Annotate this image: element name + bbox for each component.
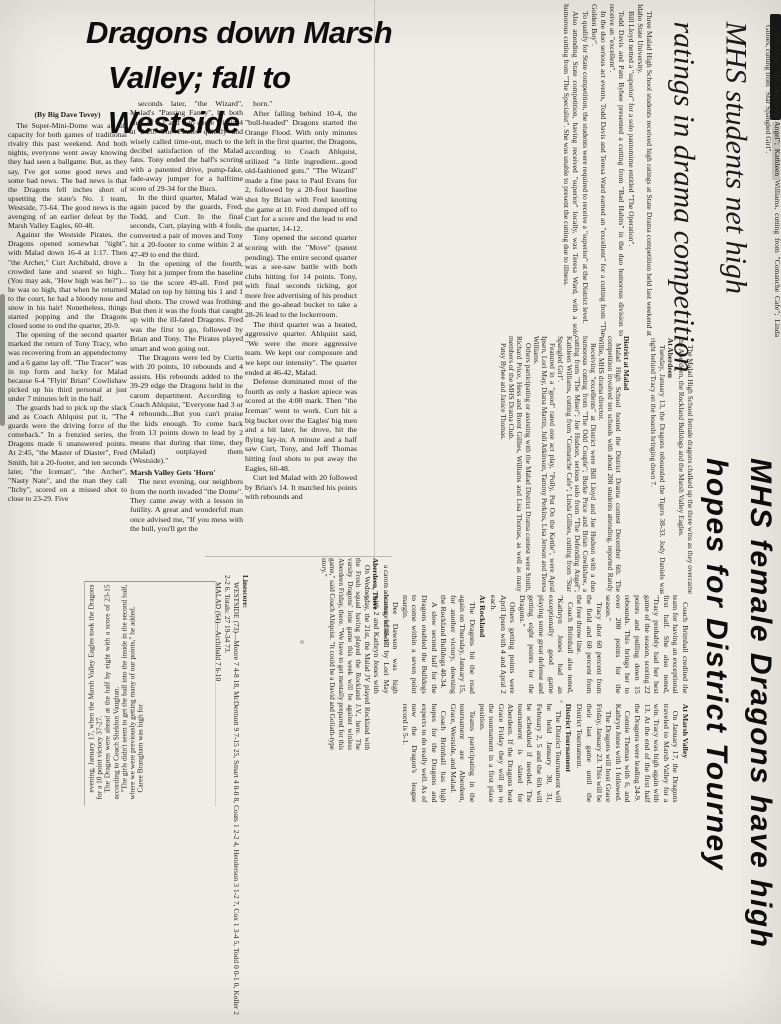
- girls-headline-line1: MHS female Dragons have high: [738, 458, 781, 1018]
- boys-col1-paragraphs: The Super-Mini-Dome was at full capacity…: [8, 121, 127, 503]
- linescore-label: Linescore:: [241, 575, 250, 1015]
- linescore-malad: MALAD (64)—Archibald 7 6-10: [214, 575, 223, 1015]
- drama-edge-text: solo from "The Defending Angel"; Kathlee…: [764, 25, 781, 337]
- boys-article-column-1: (By Big Dave Tovey) The Super-Mini-Dome …: [8, 110, 127, 588]
- drama-part2-paragraphs: District at MaladMalad High School hoste…: [499, 336, 630, 592]
- jv-girls-rotated-clipping: evening, January 17, when the Marsh Vall…: [88, 585, 206, 800]
- boys-article-column-2: seconds later, "the Wizard", Malad's "Pa…: [130, 99, 243, 587]
- jv-girls-paragraphs: evening, January 17, when the Marsh Vall…: [88, 585, 145, 800]
- scanned-newspaper-page: Dragons down Marsh Valley; fall to Wests…: [0, 0, 781, 1024]
- girls-lead-paragraphs: The Malad High School female dragons cha…: [648, 338, 694, 594]
- boys-col2-tail: The next evening, our neighbors from the…: [130, 477, 243, 533]
- byline: (By Big Dave Tovey): [8, 110, 127, 119]
- boys-col3-paragraphs: horn."After falling behind 10-4, the "bu…: [245, 99, 357, 502]
- main-headline-line1: Dragons down Marsh: [58, 10, 403, 55]
- boys-article-column-3: horn."After falling behind 10-4, the "bu…: [245, 99, 357, 579]
- girls-article-lead-rotated: The Malad High School female dragons cha…: [618, 338, 694, 594]
- linescore-rotated: Linescore: WESTSIDE (73)—Moore 7 4-8 18,…: [198, 575, 252, 1015]
- drama-article-band1-rotated: Three Malad High School students receive…: [428, 4, 654, 336]
- boys-col2-subhead: Marsh Valley Gets 'Horn': [130, 468, 243, 477]
- clipping-edge-line-horizontal: [205, 556, 392, 557]
- girls-headline-rotated: MHS female Dragons have high hopes for D…: [690, 458, 781, 1018]
- clipping-edge-line-vertical: [374, 0, 375, 588]
- boys-col2-paragraphs: seconds later, "the Wizard", Malad's "Pa…: [130, 99, 243, 466]
- scan-artifact-left-smudge: [0, 294, 5, 426]
- main-headline: Dragons down Marsh Valley; fall to Wests…: [58, 10, 403, 110]
- drama-article-band2-rotated: District at MaladMalad High School hoste…: [382, 336, 632, 592]
- girls-headline-line2: hopes for District Tourney: [694, 458, 738, 1018]
- linescore-westside: WESTSIDE (73)—Moore 7 4-8 18, McDermott …: [223, 575, 241, 1015]
- girls-article-body-rotated: Coach Brimhall credited the team for hav…: [355, 595, 690, 1020]
- girls-body-columns: Coach Brimhall credited the team for hav…: [355, 595, 690, 1020]
- drama-part1-paragraphs: Three Malad High School students receive…: [562, 4, 654, 336]
